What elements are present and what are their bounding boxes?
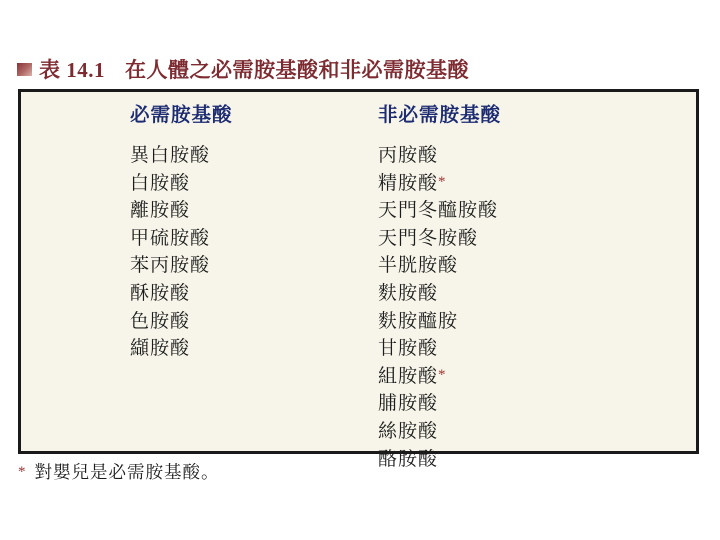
- amino-acid-name: 脯胺酸: [378, 393, 438, 414]
- amino-acid-name: 組胺酸: [378, 366, 438, 387]
- footnote-text: 對嬰兒是必需胺基酸。: [35, 462, 220, 482]
- list-item: 離胺酸: [130, 198, 233, 226]
- amino-acid-name: 酪胺酸: [378, 449, 438, 470]
- amino-acid-name: 麩胺醯胺: [378, 311, 458, 332]
- amino-acid-table: 必需胺基酸 異白胺酸 白胺酸 離胺酸 甲硫胺酸 苯丙胺酸 酥胺酸 色胺酸 纈胺酸…: [18, 89, 699, 454]
- amino-acid-name: 絲胺酸: [378, 421, 438, 442]
- list-item: 纈胺酸: [130, 336, 233, 364]
- list-item: 甲硫胺酸: [130, 226, 233, 254]
- list-item: 異白胺酸: [130, 143, 233, 171]
- amino-acid-name: 纈胺酸: [130, 338, 190, 359]
- list-item: 精胺酸*: [378, 171, 501, 199]
- list-item: 白胺酸: [130, 171, 233, 199]
- list-item: 麩胺醯胺: [378, 309, 501, 337]
- footnote: *對嬰兒是必需胺基酸。: [18, 459, 220, 484]
- amino-acid-name: 精胺酸: [378, 173, 438, 194]
- list-item: 酥胺酸: [130, 281, 233, 309]
- amino-acid-name: 甲硫胺酸: [130, 228, 210, 249]
- list-item: 天門冬醯胺酸: [378, 198, 501, 226]
- column-header-essential: 必需胺基酸: [130, 103, 233, 128]
- list-item: 色胺酸: [130, 309, 233, 337]
- list-item: 脯胺酸: [378, 391, 501, 419]
- amino-acid-name: 白胺酸: [130, 173, 190, 194]
- amino-acid-name: 酥胺酸: [130, 283, 190, 304]
- amino-acid-name: 異白胺酸: [130, 145, 210, 166]
- column-header-nonessential: 非必需胺基酸: [378, 103, 501, 128]
- amino-acid-name: 天門冬胺酸: [378, 228, 478, 249]
- amino-acid-name: 色胺酸: [130, 311, 190, 332]
- list-item: 丙胺酸: [378, 143, 501, 171]
- list-item: 半胱胺酸: [378, 253, 501, 281]
- amino-acid-name: 離胺酸: [130, 200, 190, 221]
- table-caption: 表 14.1 在人體之必需胺基酸和非必需胺基酸: [17, 54, 469, 84]
- essential-column: 必需胺基酸 異白胺酸 白胺酸 離胺酸 甲硫胺酸 苯丙胺酸 酥胺酸 色胺酸 纈胺酸: [130, 103, 233, 364]
- amino-acid-name: 麩胺酸: [378, 283, 438, 304]
- table-number: 表 14.1: [39, 54, 105, 84]
- list-item: 麩胺酸: [378, 281, 501, 309]
- amino-acid-name: 半胱胺酸: [378, 255, 458, 276]
- asterisk-marker: *: [438, 174, 446, 190]
- textbook-slide: 表 14.1 在人體之必需胺基酸和非必需胺基酸 必需胺基酸 異白胺酸 白胺酸 離…: [0, 0, 720, 540]
- amino-acid-name: 苯丙胺酸: [130, 255, 210, 276]
- asterisk-marker: *: [438, 367, 446, 383]
- amino-acid-name: 天門冬醯胺酸: [378, 200, 498, 221]
- list-item: 組胺酸*: [378, 364, 501, 392]
- nonessential-column: 非必需胺基酸 丙胺酸 精胺酸* 天門冬醯胺酸 天門冬胺酸 半胱胺酸 麩胺酸 麩胺…: [378, 103, 501, 474]
- list-item: 甘胺酸: [378, 336, 501, 364]
- amino-acid-name: 丙胺酸: [378, 145, 438, 166]
- list-item: 苯丙胺酸: [130, 253, 233, 281]
- red-square-icon: [17, 63, 32, 76]
- list-item: 絲胺酸: [378, 419, 501, 447]
- list-item: 酪胺酸: [378, 447, 501, 475]
- table-title: 在人體之必需胺基酸和非必需胺基酸: [125, 54, 469, 84]
- amino-acid-name: 甘胺酸: [378, 338, 438, 359]
- footnote-asterisk: *: [18, 464, 26, 480]
- list-item: 天門冬胺酸: [378, 226, 501, 254]
